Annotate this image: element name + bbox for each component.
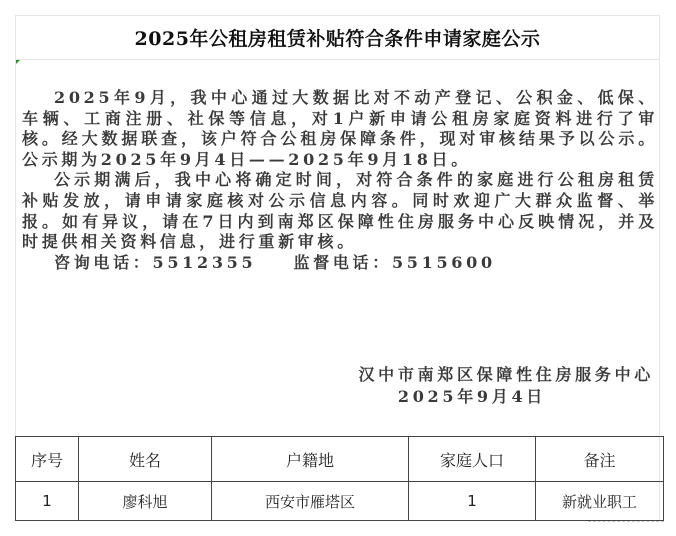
applicant-table: 序号 姓名 户籍地 家庭人口 备注 1 廖科旭 西安市雁塔区 1 新就业职工 xyxy=(15,436,664,521)
header-family-size: 家庭人口 xyxy=(409,437,536,482)
supervise-phone: 5515600 xyxy=(392,253,496,272)
cell-remarks: 新就业职工 xyxy=(536,482,664,521)
cell-name: 廖科旭 xyxy=(79,482,212,521)
contact-line: 咨询电话：5512355 监督电话：5515600 xyxy=(22,253,658,274)
supervise-label: 监督电话： xyxy=(293,253,392,272)
table-header-row: 序号 姓名 户籍地 家庭人口 备注 xyxy=(16,437,664,482)
cell-corner-marker-icon xyxy=(16,60,20,64)
header-name: 姓名 xyxy=(79,437,212,482)
header-remarks: 备注 xyxy=(536,437,664,482)
notice-body: 2025年9月，我中心通过大数据比对不动产登记、公积金、低保、车辆、工商注册、社… xyxy=(22,88,658,273)
title-row: 2025年公租房租赁补贴符合条件申请家庭公示 xyxy=(15,15,660,60)
header-index: 序号 xyxy=(16,437,79,482)
signature-block: 汉中市南郑区保障性住房服务中心 2025年9月4日 xyxy=(358,364,654,408)
signature-organization: 汉中市南郑区保障性住房服务中心 xyxy=(358,364,654,386)
table-row: 1 廖科旭 西安市雁塔区 1 新就业职工 xyxy=(16,482,664,521)
paragraph-review: 2025年9月，我中心通过大数据比对不动产登记、公积金、低保、车辆、工商注册、社… xyxy=(22,88,658,170)
watermark-trace xyxy=(588,521,664,524)
paragraph-objection: 公示期满后，我中心将确定时间，对符合条件的家庭进行公租房租赁补贴发放，请申请家庭… xyxy=(22,170,658,252)
document-title: 2025年公租房租赁补贴符合条件申请家庭公示 xyxy=(135,24,541,51)
cell-index: 1 xyxy=(16,482,79,521)
signature-date: 2025年9月4日 xyxy=(358,386,654,408)
consult-phone: 5512355 xyxy=(153,253,257,272)
header-household-registration: 户籍地 xyxy=(212,437,409,482)
cell-household-registration: 西安市雁塔区 xyxy=(212,482,409,521)
consult-label: 咨询电话： xyxy=(54,253,153,272)
cell-family-size: 1 xyxy=(409,482,536,521)
